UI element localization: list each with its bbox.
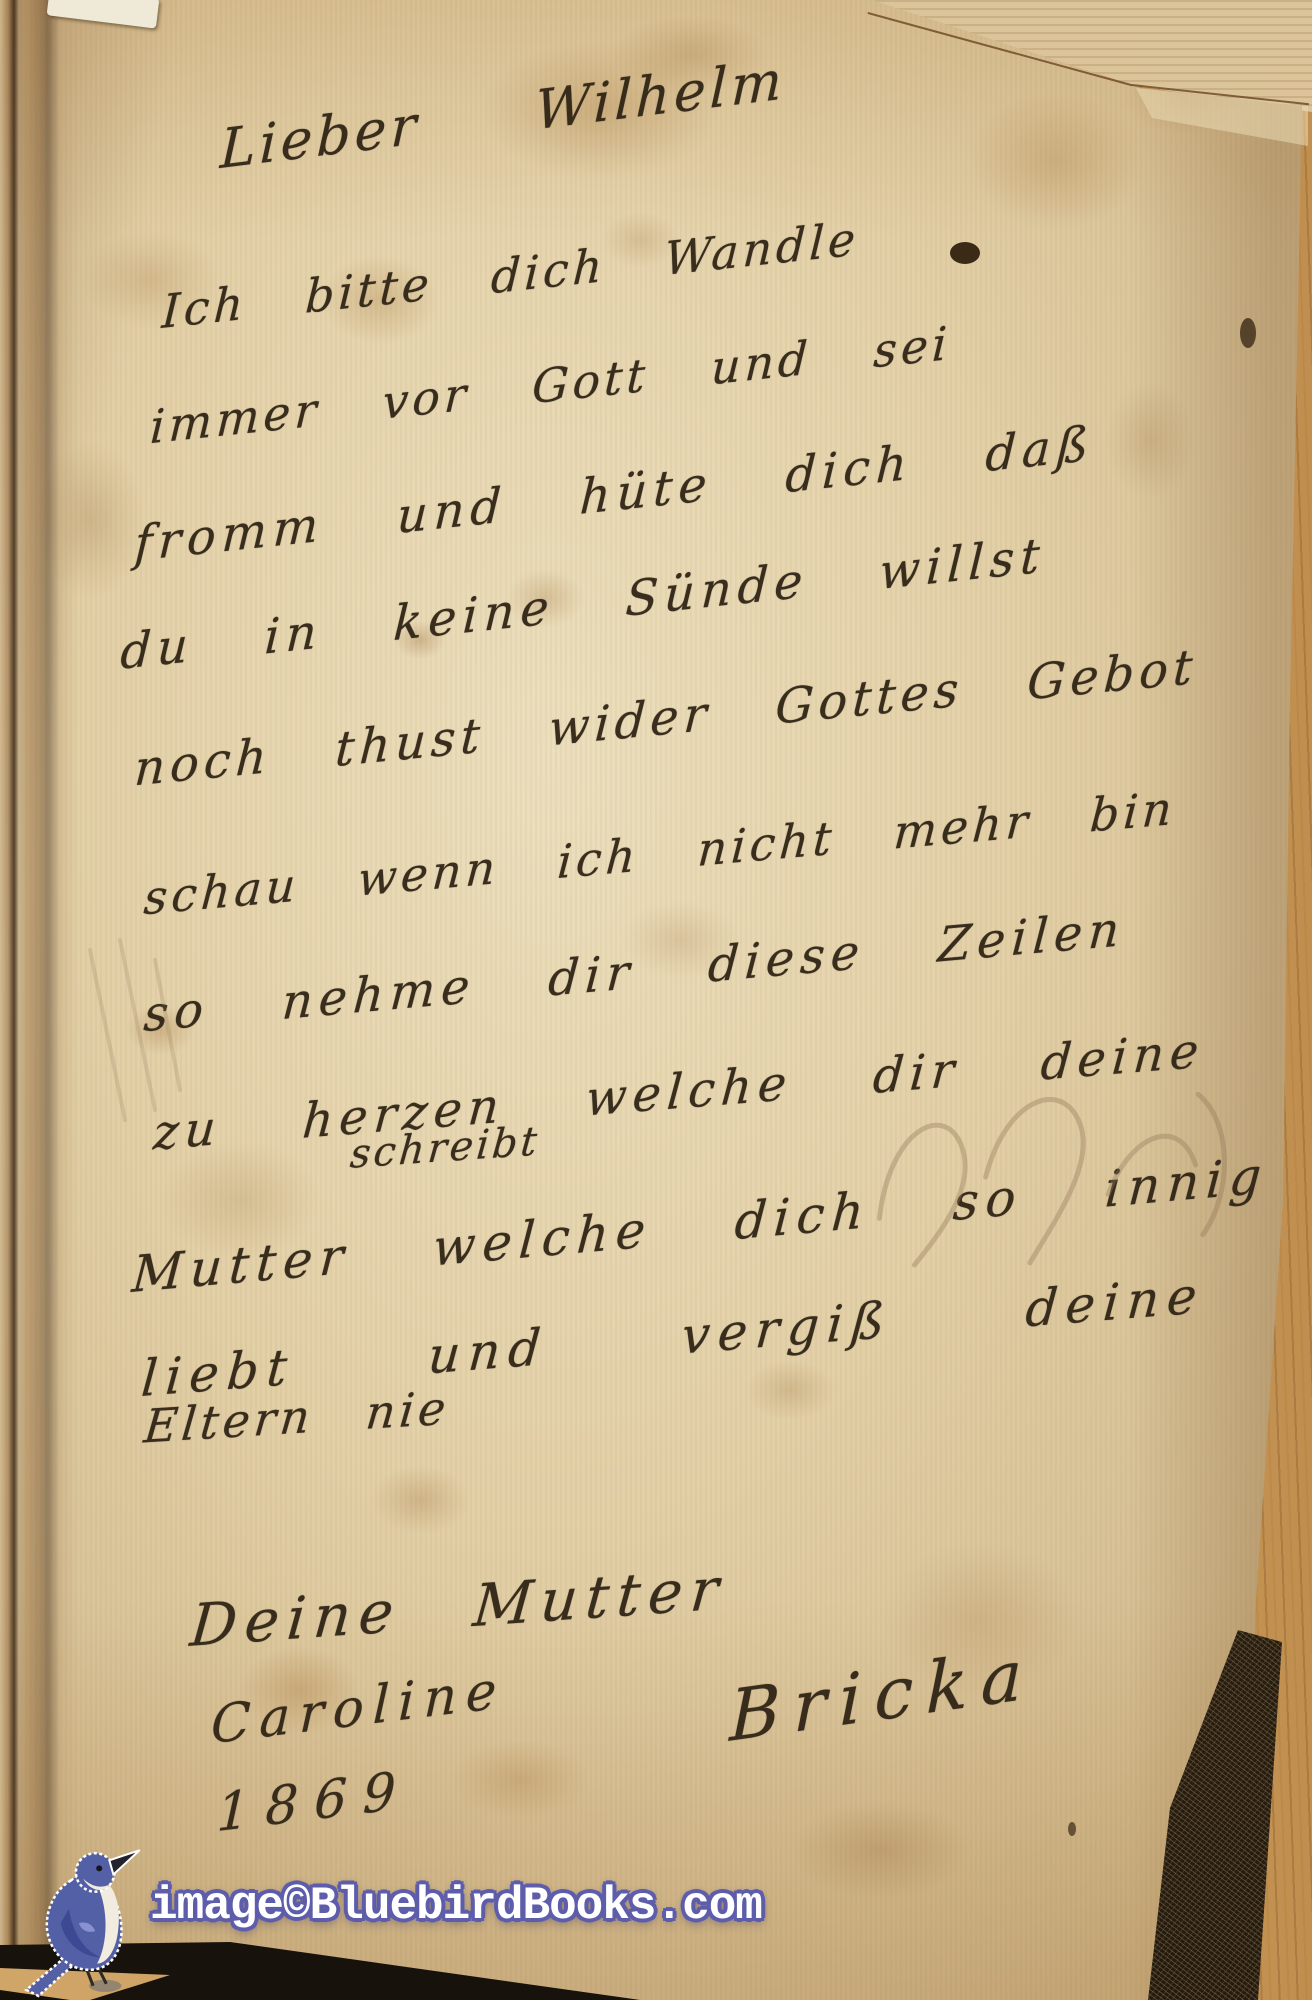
inscription-line-7: so nehme dir diese Zeilen: [142, 905, 1127, 1039]
inscription-closing: Deine Mutter: [188, 1559, 729, 1655]
book-endpaper-photo: Lieber Wilhelm Ich bitte dich Wandle imm…: [0, 0, 1312, 2000]
inscription-line-5: noch thust wider Gottes Gebot: [133, 643, 1199, 794]
ghost-writing-impression: [70, 930, 210, 1150]
watermark: image©BluebirdBooks.com: [0, 1830, 1312, 2000]
signature-last-name: Bricka: [729, 1638, 1036, 1752]
ghost-writing-impression: [824, 1028, 1286, 1401]
watermark-text: image©BluebirdBooks.com: [150, 1880, 762, 1932]
stain: [1105, 380, 1195, 500]
ink-blot: [950, 242, 980, 264]
book-gutter-fold: [0, 0, 78, 2000]
bluebird-logo-icon: [8, 1838, 158, 2000]
inscription-insertion: schreibt: [348, 1121, 541, 1175]
stain: [450, 1740, 590, 1820]
inscription-year: 1869: [216, 1764, 413, 1841]
signature-first-name: Caroline: [210, 1664, 506, 1753]
inscription-heading: Lieber Wilhelm: [219, 53, 787, 177]
stain: [965, 90, 1145, 230]
ink-blot: [1240, 318, 1256, 348]
stain: [370, 1465, 470, 1535]
inscription-line-1: Ich bitte dich Wandle: [161, 215, 861, 335]
endpaper-page: Lieber Wilhelm Ich bitte dich Wandle imm…: [0, 0, 1312, 2000]
inscription-line-6: schau wenn ich nicht mehr bin: [142, 785, 1177, 922]
inscription-line-2: immer vor Gott und sei: [149, 320, 952, 451]
stain: [745, 1360, 835, 1420]
